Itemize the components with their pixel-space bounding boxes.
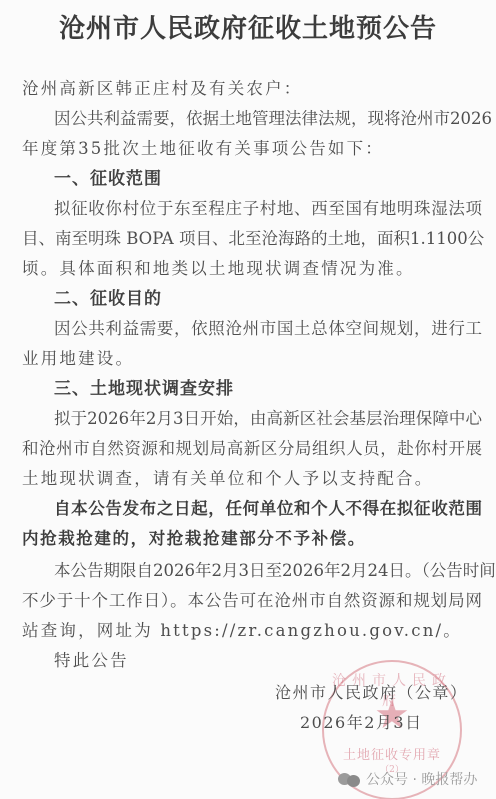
purpose-line-2: 业用地建设。 [22,348,482,370]
section-heading-purpose: 二、征收目的 [54,288,496,310]
wechat-icon [338,771,362,787]
survey-line-3: 土地现状调查，请有关单位和个人予以支持配合。 [22,468,482,490]
announcement-page: 沧州市人民政府征收土地预公告 沧州高新区韩正庄村及有关农户： 因公共利益需要，依… [0,0,496,799]
watermark-text: 公众号 · 晚报帮办 [366,769,477,789]
scope-line-3: 顷。具体面积和地类以土地现状调查情况为准。 [22,258,482,280]
scope-line-2: 目、南至明珠 BOPA 项目、北至沧海路的土地，面积1.1100公 [22,228,482,250]
survey-line-2: 和沧州市自然资源和规划局高新区分局组织人员，赴你村开展 [22,438,482,460]
survey-line-1: 拟于2026年2月3日开始，由高新区社会基层治理保障中心 [54,408,482,430]
watermark: 公众号 · 晚报帮办 [338,768,477,790]
document-title: 沧州市人民政府征收土地预公告 [0,8,496,45]
seal-label: 土地征收专用章 [342,744,442,763]
period-line-2: 不少于十个工作日）。本公告可在沧州市自然资源和规划局网 [22,590,482,612]
warning-line-1: 自本公告发布之日起，任何单位和个人不得在拟征收范围 [54,498,482,520]
period-line-3: 站查询，网址为 https://zr.cangzhou.gov.cn/。 [22,620,482,642]
salutation: 沧州高新区韩正庄村及有关农户： [22,78,482,100]
period-line-1: 本公告期限自2026年2月3日至2026年2月24日。（公告时间 [54,560,482,582]
section-heading-survey: 三、土地现状调查安排 [54,378,496,400]
purpose-line-1: 因公共利益需要，依照沧州市国土总体空间规划，进行工 [54,318,482,340]
section-heading-scope: 一、征收范围 [54,168,496,190]
signature-date: 2026年2月3日 [300,710,423,733]
warning-line-2: 内抢栽抢建的，对抢栽抢建部分不予补偿。 [22,528,482,550]
intro-line-2: 年度第35批次土地征收有关事项公告如下： [22,138,482,160]
intro-line-1: 因公共利益需要，依据土地管理法律法规，现将沧州市2026 [54,108,482,130]
signature: 沧州市人民政府（公章） [275,680,468,703]
scope-line-1: 拟征收你村位于东至程庄子村地、西至国有地明珠湿法项 [54,198,482,220]
